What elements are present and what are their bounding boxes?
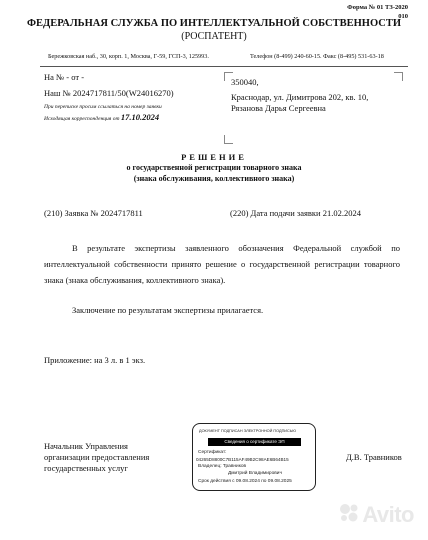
decision-paragraph: В результате экспертизы заявленного обоз… (44, 240, 400, 288)
stamp-validity: Срок действия с 09.08.2024 по 09.08.2025 (198, 479, 292, 484)
signer-position: Начальник Управления организации предост… (44, 441, 149, 474)
address-corner-tr (394, 72, 403, 81)
electronic-signature-stamp: ДОКУМЕНТ ПОДПИСАН ЭЛЕКТРОННОЙ ПОДПИСЬЮ С… (192, 423, 316, 491)
position-line-2: организации предоставления (44, 452, 149, 463)
stamp-owner: Владелец: Травников (198, 464, 246, 469)
reference-note: При переписке просим ссылаться на номер … (44, 104, 162, 110)
form-number-text: Форма № 01 ТЗ-2020 (347, 3, 408, 12)
stamp-owner-name: Дмитрий Владимирович (228, 471, 282, 476)
stamp-cert-value: 04265D8800C7B115AF49B2C98AE6B64B15 (196, 457, 289, 462)
stamp-cert-label: Сертификат: (198, 450, 227, 455)
recipient-address: Краснодар, ул. Димитрова 202, кв. 10, (231, 92, 368, 102)
conclusion-paragraph: Заключение по результатам экспертизы при… (72, 305, 263, 315)
org-contacts: Телефон (8-499) 240-60-15. Факс (8-495) … (250, 53, 384, 60)
position-line-3: государственных услуг (44, 463, 149, 474)
address-corner-bl (224, 135, 233, 144)
avito-watermark-text: Avito (362, 502, 414, 527)
application-number: (210) Заявка № 2024717811 (44, 208, 143, 218)
position-line-1: Начальник Управления (44, 441, 149, 452)
recipient-name: Рязанова Дарья Сергеевна (231, 103, 326, 113)
decision-subtitle-2: (знака обслуживания, коллективного знака… (0, 174, 428, 183)
stamp-heading: ДОКУМЕНТ ПОДПИСАН ЭЛЕКТРОННОЙ ПОДПИСЬЮ (199, 429, 296, 433)
decision-title: РЕШЕНИЕ (0, 152, 428, 162)
recipient-postcode: 350040, (231, 77, 259, 87)
organization-name: ФЕДЕРАЛЬНАЯ СЛУЖБА ПО ИНТЕЛЛЕКТУАЛЬНОЙ С… (0, 18, 428, 30)
our-reference: Наш № 2024717811/50(W24016270) (44, 88, 174, 98)
attachment-note: Приложение: на 3 л. в 1 экз. (44, 355, 145, 365)
their-reference: На № - от - (44, 72, 84, 82)
outgoing-label: Исходящая корреспонденция от (44, 116, 119, 122)
signer-name: Д.В. Травников (346, 452, 402, 462)
organization-short: (РОСПАТЕНТ) (0, 31, 428, 43)
application-filing-date: (220) Дата подачи заявки 21.02.2024 (230, 208, 361, 218)
decision-subtitle-1: о государственной регистрации товарного … (0, 163, 428, 172)
header-divider (40, 66, 408, 67)
avito-watermark: Avito (338, 502, 414, 529)
outgoing-date: 17.10.2024 (121, 112, 159, 122)
stamp-certificate-bar: Сведения о сертификате ЭП (208, 438, 301, 446)
outgoing-date-line: Исходящая корреспонденция от 17.10.2024 (44, 112, 159, 122)
org-address: Бережковская наб., 30, корп. 1, Москва, … (48, 53, 209, 60)
avito-logo-icon (338, 503, 360, 529)
